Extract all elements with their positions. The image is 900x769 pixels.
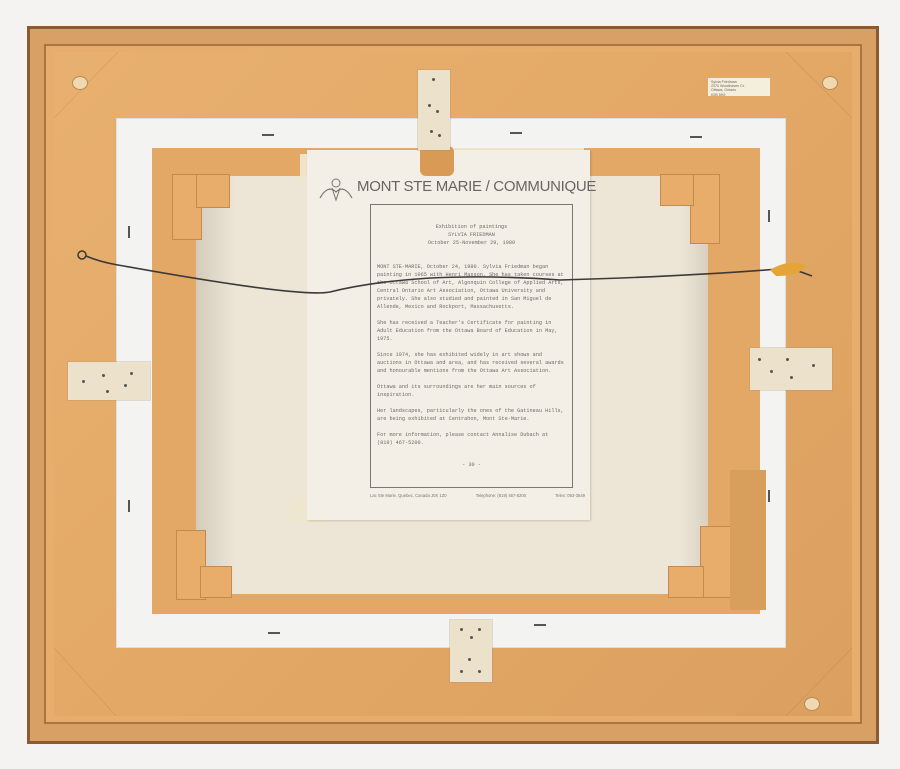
tape-stain	[420, 146, 454, 176]
page-number: - 30 -	[371, 461, 572, 469]
staple	[262, 134, 274, 136]
staple	[510, 132, 522, 134]
footer-address: Lac Ste Marie, Quebec, Canada J0X 1Z0	[370, 493, 447, 498]
corner-brace-tl-2	[196, 174, 230, 208]
staple	[128, 500, 130, 512]
staple	[768, 490, 770, 502]
footer-telephone: Telephone: (819) 467-5200	[476, 493, 526, 498]
owner-address-label: Sylvia Friedman 2370 Woodhaven Cr. Ottaw…	[708, 78, 770, 96]
frame-miter-bl	[54, 648, 116, 716]
corner-brace-tr	[690, 174, 720, 244]
corner-brace-br	[700, 526, 734, 598]
document-body-box: Exhibition of paintings SYLVIA FRIEDMAN …	[370, 204, 573, 488]
corner-brace-tr-2	[660, 174, 694, 206]
paragraph: Ottawa and its surroundings are her main…	[377, 383, 566, 399]
paragraph: MONT STE-MARIE, October 24, 1980. Sylvia…	[377, 263, 566, 311]
tape-patch-bottom	[450, 620, 492, 682]
staple	[690, 136, 702, 138]
corner-brace-br-2	[668, 566, 704, 598]
masthead: MONT STE MARIE / COMMUNIQUE	[357, 178, 627, 202]
exhibition-title: Exhibition of paintings	[371, 223, 572, 231]
paragraph: Her landscapes, particularly the ones of…	[377, 407, 566, 423]
exhibition-dates: October 25-November 29, 1980	[371, 239, 572, 247]
paragraph: She has received a Teacher's Certificate…	[377, 319, 566, 343]
screw-icon	[822, 76, 838, 90]
wood-split-br	[730, 470, 766, 610]
paragraph: For more information, please contact Ann…	[377, 431, 566, 447]
document-footer: Lac Ste Marie, Quebec, Canada J0X 1Z0 Te…	[370, 493, 585, 498]
angel-logo-icon	[318, 176, 354, 202]
staple	[768, 210, 770, 222]
staple	[268, 632, 280, 634]
tape-patch-left	[68, 362, 150, 400]
label-line: K2B 5H9	[711, 93, 767, 97]
staple	[128, 226, 130, 238]
footer-telex: Telex: 053-3549	[555, 493, 585, 498]
screw-icon	[72, 76, 88, 90]
corner-brace-bl-2	[200, 566, 232, 598]
screw-icon	[804, 697, 820, 711]
artist-name: SYLVIA FRIEDMAN	[371, 231, 572, 239]
tape-patch-right	[750, 348, 832, 390]
tape-patch-top	[418, 70, 450, 150]
frame-miter-tr	[786, 52, 852, 118]
paragraph: Since 1974, she has exhibited widely in …	[377, 351, 566, 375]
staple	[534, 624, 546, 626]
